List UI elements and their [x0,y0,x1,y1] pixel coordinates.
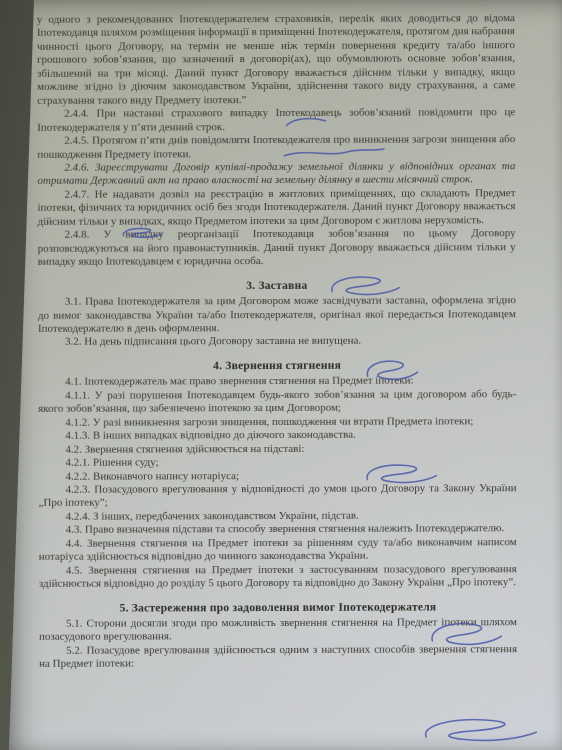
paragraph: 4.2.3. Позасудового врегулювання у відпо… [38,482,516,511]
paragraph: 3.2. На день підписання цього Договору з… [38,335,516,350]
paragraph: 4.4. Звернення стягнення на Предмет іпот… [39,536,517,565]
paragraph: 3.1. Права Іпотекодержателя за цим Догов… [38,294,516,336]
paragraph: 2.4.7. Не надавати дозвіл на реєстрацію … [37,187,515,229]
section-heading: 5. Застереження про задоволення вимог Іп… [39,600,517,615]
paragraph: 4.5. Звернення стягнення на Предмет іпот… [39,563,517,592]
paragraph: 2.4.4. При настанні страхового випадку І… [37,106,515,135]
paper-page: у одного з рекомендованих Іпотекодержате… [0,0,562,750]
section-heading: 3. Заставна [38,278,516,293]
paragraph: 2.4.6. Зареєструвати Договір купівлі-про… [37,160,515,189]
paragraph: 2.4.5. Протягом п’яти днів повідомляти І… [37,133,515,162]
paragraph: 4.3. Право визначення підстави та способ… [39,522,517,537]
paragraph: 4.1.2. У разі виникнення загрози знищенн… [38,415,516,430]
document-text: у одного з рекомендованих Іпотекодержате… [37,12,517,672]
paragraph: 5.2. Позасудове врегулювання здійснюєтьс… [39,643,517,672]
paragraph: 2.4.8. У випадку реорганізації Іпотекода… [38,227,516,269]
document-photo: у одного з рекомендованих Іпотекодержате… [0,0,562,750]
section-heading: 4. Звернення стягнення [38,358,516,373]
paragraph: у одного з рекомендованих Іпотекодержате… [37,12,515,108]
paragraph: 5.1. Сторони досягли згоди про можливіст… [39,616,517,645]
paragraph: 4.1.1. У разі порушення Іпотекодавцем бу… [38,388,516,417]
